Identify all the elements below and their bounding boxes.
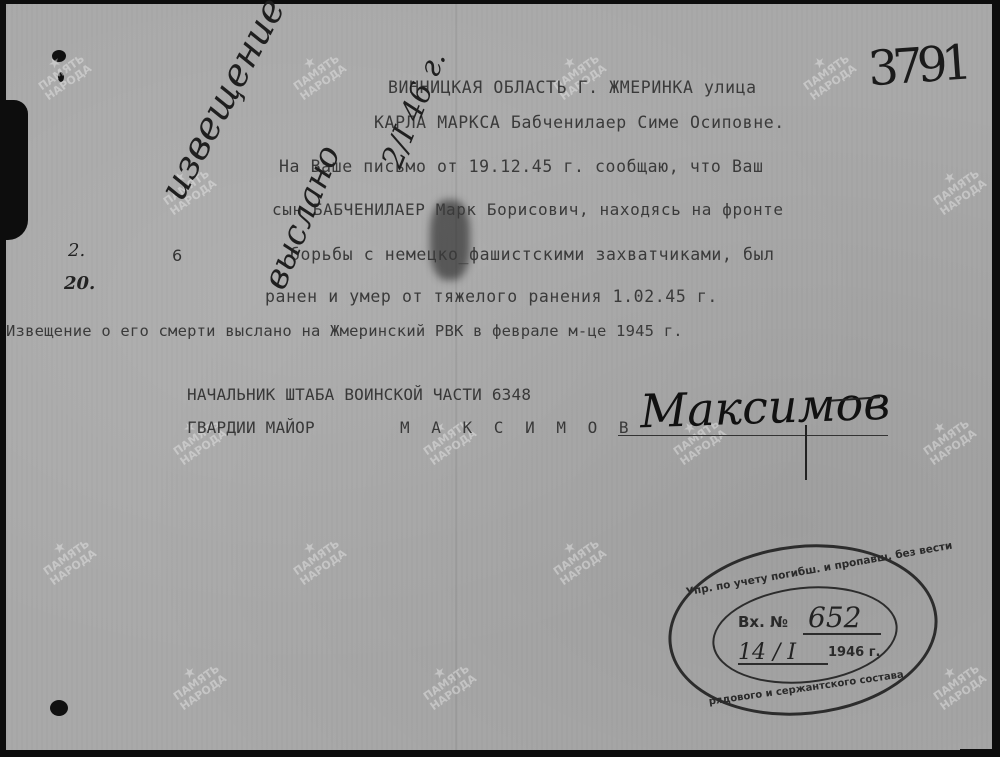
torn-edge-bottom bbox=[960, 749, 1000, 757]
archive-number: 3791 bbox=[866, 35, 968, 98]
stamp-date-underline bbox=[738, 663, 828, 665]
body-line-2: сын БАБЧЕНИЛАЕР Марк Борисович, находясь… bbox=[272, 200, 784, 219]
torn-edge bbox=[0, 100, 28, 240]
body-line-3: борьбы с немецко_фашистскими захватчикам… bbox=[290, 245, 775, 264]
body-line-4: ранен и умер от тяжелого ранения 1.02.45… bbox=[265, 287, 718, 306]
stamp-year: 1946 г. bbox=[828, 645, 880, 660]
signature-tail bbox=[805, 425, 807, 480]
signatory-name: М А К С И М О В bbox=[400, 418, 635, 437]
stamp-number-underline bbox=[803, 633, 881, 635]
signatory-rank: ГВАРДИИ МАЙОР bbox=[187, 418, 315, 437]
address-line-2: КАРЛА МАРКСА Бабченилаер Симе Осиповне. bbox=[374, 113, 785, 132]
margin-mark-3: 20. bbox=[64, 273, 95, 294]
margin-mark-2: 6 bbox=[172, 246, 182, 265]
margin-mark-1: 2. bbox=[68, 240, 85, 261]
stamp-date: 14 / I bbox=[738, 640, 796, 665]
stamp-inbound-label: Вх. № bbox=[738, 613, 788, 631]
ink-blot bbox=[50, 700, 68, 716]
registration-stamp: Упр. по учету погибш. и пропавш. без вес… bbox=[668, 545, 938, 715]
body-line-1: На Ваше письмо от 19.12.45 г. сообщаю, ч… bbox=[279, 157, 764, 176]
stamp-inbound-number: 652 bbox=[808, 601, 861, 634]
handwritten-signature: Максимов bbox=[639, 376, 891, 439]
signatory-title: НАЧАЛЬНИК ШТАБА ВОИНСКОЙ ЧАСТИ 6348 bbox=[187, 385, 531, 404]
body-line-5: Извещение о его смерти выслано на Жмерин… bbox=[6, 322, 683, 340]
